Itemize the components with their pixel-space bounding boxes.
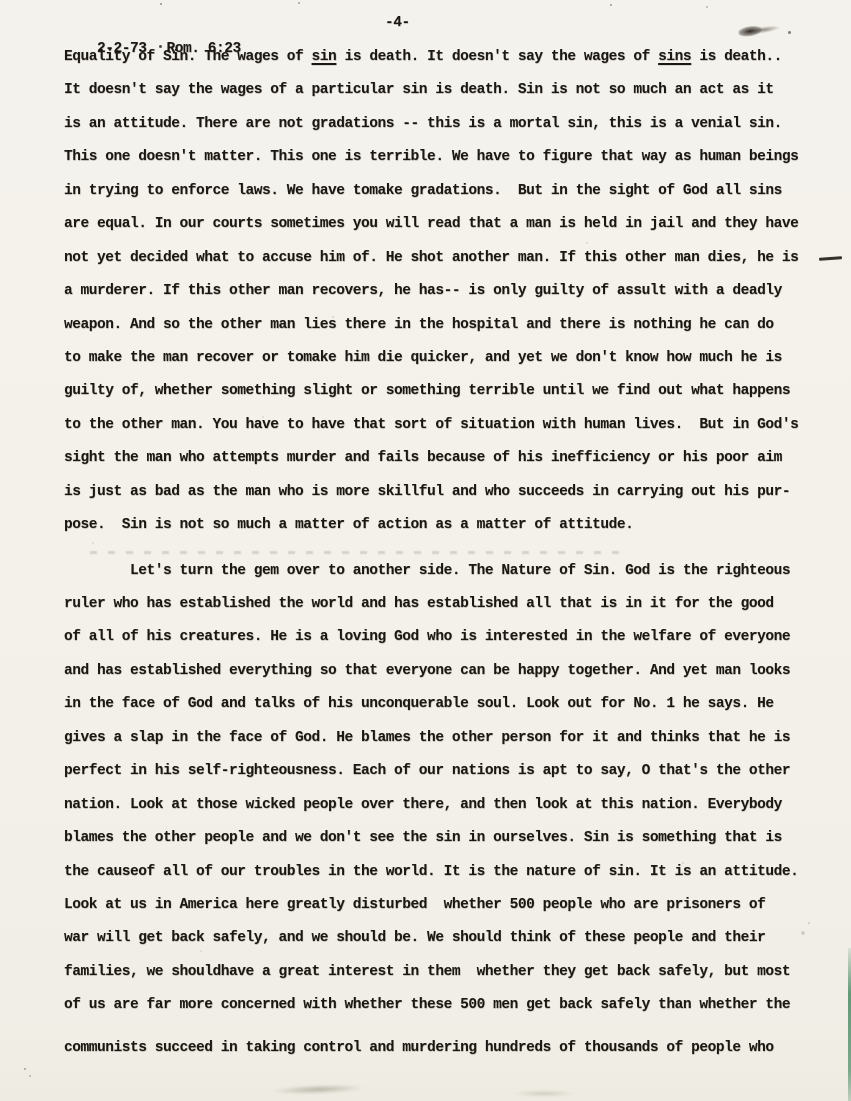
typed-line: blames the other people and we don't see… [64,822,836,855]
typed-line: are equal. In our courts sometimes you w… [64,208,836,241]
text-segment: is death.. [691,49,782,65]
typed-line: is just as bad as the man who is more sk… [64,476,836,509]
typed-line: perfect in his self-righteousness. Each … [64,755,836,788]
typed-line: guilty of, whether something slight or s… [64,375,836,408]
typed-line: ruler who has established the world and … [64,588,836,621]
typed-line: weapon. And so the other man lies there … [64,309,836,342]
typed-line: of all of his creatures. He is a loving … [64,621,836,654]
ink-speck [788,31,791,34]
erasure-mark [90,551,630,554]
underlined-word-sin: sin [312,49,337,65]
typed-line: the causeof all of our troubles in the w… [64,856,836,889]
typed-line: families, we shouldhave a great interest… [64,956,836,989]
typed-line: is an attitude. There are not gradations… [64,108,836,141]
typed-line: to make the man recover or tomake him di… [64,342,836,375]
typed-line: Look at us in America here greatly distu… [64,889,836,922]
bottom-smudge [272,1083,364,1095]
typed-line: and has established everything so that e… [64,655,836,688]
document-page: 2-2-73Rom. 6:23 -4- Equality of Sin. The… [0,0,851,1101]
typed-line: communists succeed in taking control and… [64,1032,836,1065]
typed-line: pose. Sin is not so much a matter of act… [64,509,836,542]
typed-line: This one doesn't matter. This one is ter… [64,141,836,174]
typed-line: nation. Look at those wicked people over… [64,789,836,822]
page-number: -4- [385,10,410,36]
paragraph-1: It doesn't say the wages of a particular… [64,74,836,542]
typed-line: in the face of God and talks of his unco… [64,688,836,721]
scan-noise-speckles [0,0,2,2]
text-segment: is death. It doesn't say the wages of [336,49,658,65]
underlined-word-sins: sins [658,49,691,65]
paragraph-2: Let's turn the gem over to another side.… [64,555,836,1023]
page-header: 2-2-73Rom. 6:23 -4- [64,10,831,36]
typed-line: a murderer. If this other man recovers, … [64,275,836,308]
typed-line: gives a slap in the face of God. He blam… [64,722,836,755]
typed-line: to the other man. You have to have that … [64,409,836,442]
typed-line: Equality of Sin. The wages of sin is dea… [64,41,836,74]
typed-line: Let's turn the gem over to another side.… [64,555,836,588]
text-segment: Equality of Sin. The wages of [64,49,312,65]
typed-line: of us are far more concerned with whethe… [64,989,836,1022]
typed-line: not yet decided what to accuse him of. H… [64,242,836,275]
typed-line: war will get back safely, and we should … [64,922,836,955]
typed-line: It doesn't say the wages of a particular… [64,74,836,107]
typed-line: in trying to enforce laws. We have tomak… [64,175,836,208]
typed-line: sight the man who attempts murder and fa… [64,442,836,475]
bottom-smudge [512,1090,576,1097]
